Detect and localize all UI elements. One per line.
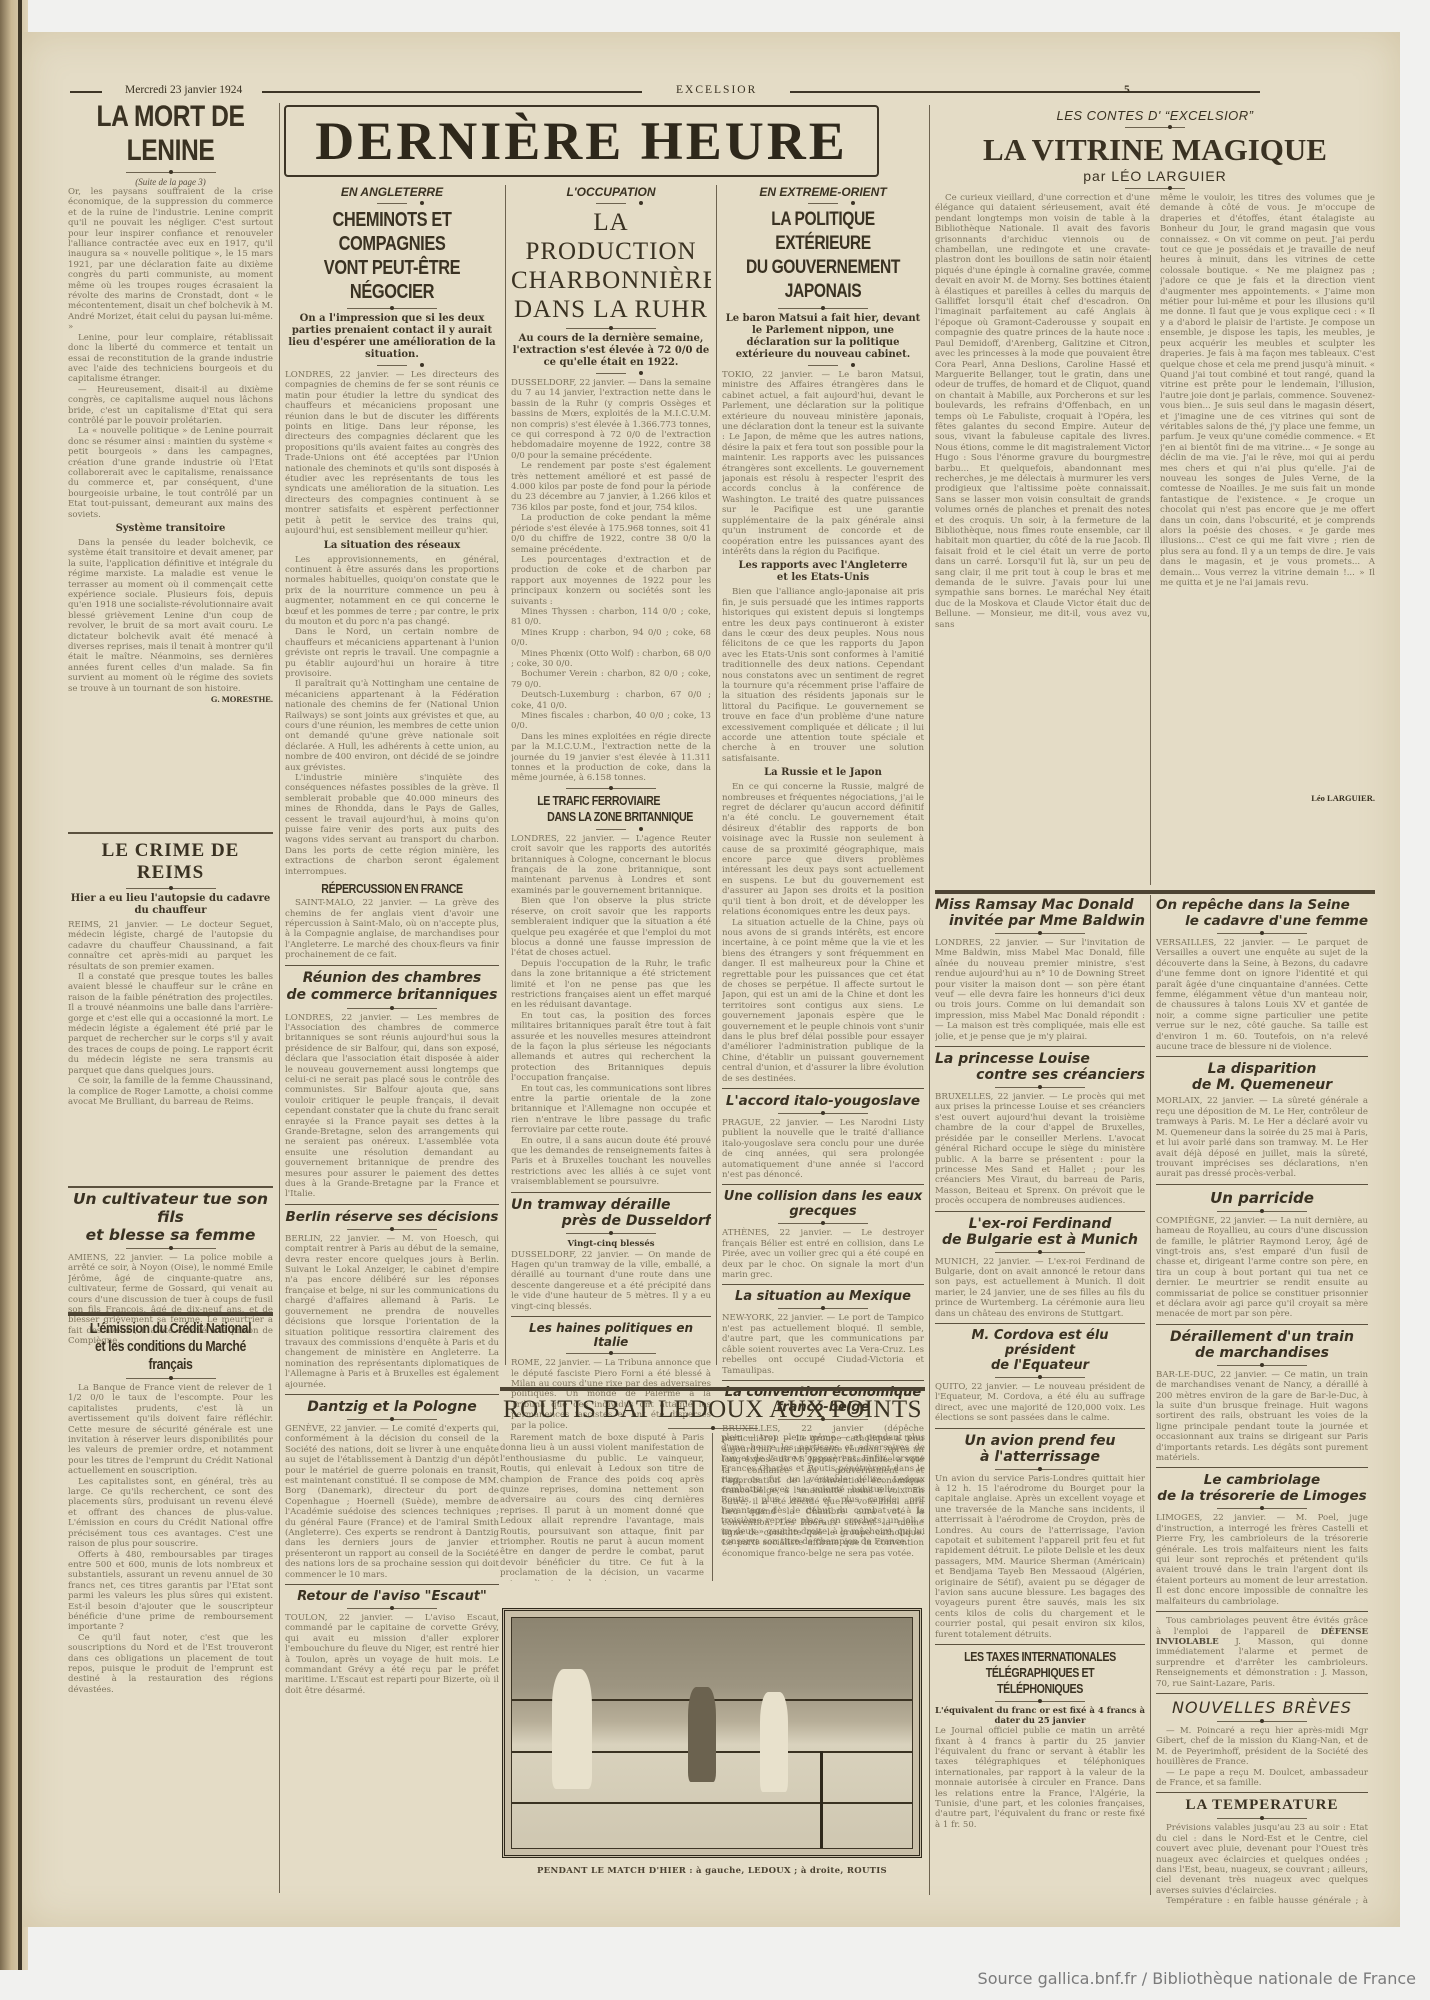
ornament-rule <box>377 365 407 366</box>
chambres-headline: de commerce britanniques <box>285 987 499 1004</box>
article-text: Les pourcentages d'extraction et de prod… <box>511 555 711 607</box>
column-6: Miss Ramsay Mac Donald invitée par Mme B… <box>935 897 1145 1830</box>
ornament-rule <box>347 1229 437 1230</box>
ornament-rule <box>808 203 838 204</box>
limoges-headline: Le cambriolage <box>1156 1472 1368 1488</box>
tramway-headline: Un tramway déraille <box>511 1197 711 1213</box>
ornament-rule <box>126 1378 216 1379</box>
article-text: Offerts à 480, remboursables par tirages… <box>68 1550 273 1633</box>
section-divider <box>935 1644 1145 1645</box>
section-divider <box>68 1312 273 1316</box>
section-divider <box>285 1204 499 1205</box>
mine-stat: Bochumer Verein : charbon, 82 0/0 ; coke… <box>511 669 711 690</box>
quemeneur-headline: de M. Quemeneur <box>1156 1077 1368 1093</box>
source-credit[interactable]: Source gallica.bnf.fr / Bibliothèque nat… <box>978 1969 1416 1988</box>
boxing-photo <box>502 1608 922 1858</box>
story-text-left: Ce curieux vieillard, d'une correction e… <box>935 193 1150 803</box>
ornament-rule <box>668 1428 758 1429</box>
article-text: MUNICH, 22 janvier. — L'ex-roi Ferdinand… <box>935 1257 1145 1319</box>
section-subhead: Les rapports avec l'Angleterre <box>722 560 924 572</box>
cordova-headline: M. Cordova est élu président <box>935 1328 1145 1358</box>
limoges-headline: de la trésorerie de Limoges <box>1156 1488 1368 1504</box>
section-divider <box>1156 1184 1368 1185</box>
mine-stat: Mines fiscales : charbon, 40 0/0 ; coke,… <box>511 711 711 732</box>
article-text: LIMOGES, 22 janvier. — M. Poel, juge d'i… <box>1156 1513 1368 1607</box>
article-text: Température : en faible hausse générale … <box>1156 1896 1368 1905</box>
section-divider <box>1156 1792 1368 1793</box>
reims-headline: LE CRIME DE REIMS <box>68 840 273 884</box>
mexique-headline: La situation au Mexique <box>722 1289 924 1304</box>
ornament-rule <box>1217 933 1307 934</box>
section-divider <box>500 1387 925 1391</box>
credit-headline: et les conditions du Marché français <box>86 1338 254 1374</box>
article-text: Dans les mines exploitées en régie direc… <box>511 732 711 784</box>
section-divider <box>1156 1611 1368 1612</box>
ornament-rule <box>778 1308 868 1309</box>
article-text: Il a constaté que presque toutes les bal… <box>68 972 273 1076</box>
article-text: BRUXELLES, 22 janvier. — Le procès qui m… <box>935 1092 1145 1206</box>
ornament-rule <box>566 788 656 789</box>
folio-rule <box>70 91 102 93</box>
section-divider <box>935 1323 1145 1324</box>
deraillement-headline: de marchandises <box>1156 1345 1368 1361</box>
section-divider <box>1156 1324 1368 1325</box>
section-divider <box>68 832 273 834</box>
article-text: Bien que l'alliance anglo-japonaise ait … <box>722 587 924 764</box>
ornament-rule <box>1217 1508 1307 1509</box>
collision-headline: Une collision dans les eaux <box>722 1189 924 1204</box>
mine-stat: Deutsch-Luxemburg : charbon, 67 0/0 ; co… <box>511 690 711 711</box>
dantzig-headline: Dantzig et la Pologne <box>285 1399 499 1415</box>
ornament-rule <box>995 1377 1085 1378</box>
tramway-headline: près de Dusseldorf <box>511 1213 711 1229</box>
chambres-headline: Réunion des chambres <box>285 970 499 987</box>
series-kicker: LES CONTES D' “EXCELSIOR” <box>935 108 1375 123</box>
escaut-headline: Retour de l'aviso "Escaut" <box>285 1589 499 1604</box>
ornament-rule <box>566 1353 656 1354</box>
article-deck: On a l'impression que si les deux partie… <box>285 313 499 361</box>
taxes-headline: TÉLÉGRAPHIQUES ET TÉLÉPHONIQUES <box>954 1665 1126 1697</box>
article-text: Lenine, pour leur complaire, rétablissai… <box>68 333 273 385</box>
section-divider <box>722 1284 924 1285</box>
section-subhead: La Russie et le Japon <box>722 767 924 779</box>
article-text: BERLIN, 22 janvier. — M. von Hoesch, qui… <box>285 1234 499 1390</box>
article-text: COMPIÈGNE, 22 janvier. — La nuit dernièr… <box>1156 1216 1368 1320</box>
macdonald-headline: invitée par Mme Baldwin <box>935 913 1145 929</box>
ornament-rule <box>1217 1721 1307 1722</box>
section-subhead: La situation des réseaux <box>285 540 499 552</box>
louise-headline: contre ses créanciers <box>935 1067 1145 1083</box>
trafic-headline: LE TRAFIC FERROVIAIRE <box>529 793 693 809</box>
folio-rule <box>790 91 1260 93</box>
collision-headline: grecques <box>722 1204 924 1219</box>
story-text-right: même le vouloir, les titres des volumes … <box>1160 193 1375 803</box>
page-number: 5 <box>1124 84 1130 102</box>
section-divider <box>285 1584 499 1585</box>
parricide-headline: Un parricide <box>1156 1189 1368 1207</box>
boxer-routis <box>760 1692 788 1792</box>
vitrine-magique: LES CONTES D' “EXCELSIOR” LA VITRINE MAG… <box>935 108 1375 803</box>
article-text: Dans le Nord, un certain nombre de chauf… <box>285 627 499 679</box>
folio-rule <box>262 91 642 93</box>
section-kicker: L'OCCUPATION <box>511 185 711 199</box>
cheminots-headline: CHEMINOTS ET COMPAGNIES <box>304 208 479 256</box>
ornament-rule <box>347 308 437 309</box>
article-text: Rarement match de boxe disputé à Paris d… <box>500 1433 704 1581</box>
article-text: Le Journal officiel publie ce matin un a… <box>935 1726 1145 1830</box>
tramway-subhead: Vingt-cinq blessés <box>511 1238 711 1250</box>
section-divider <box>935 890 1375 894</box>
article-text: En tout cas, la position des forces mili… <box>511 1011 711 1084</box>
photo-caption: PENDANT LE MATCH D'HIER : à gauche, LEDO… <box>502 1866 922 1876</box>
section-subhead: RÉPERCUSSION EN FRANCE <box>304 881 479 896</box>
japon-headline: LA POLITIQUE EXTÉRIEURE <box>740 208 906 256</box>
macdonald-headline: Miss Ramsay Mac Donald <box>935 897 1145 913</box>
ornament-rule <box>995 1252 1085 1253</box>
column-1: LA MORT DE LENINE (Suite de la page 3) O… <box>68 100 273 704</box>
article-text: REIMS, 21 janvier. — Le docteur Seguet, … <box>68 920 273 972</box>
section-divider <box>935 1428 1145 1429</box>
article-text: DUSSELDORF, 22 janvier. — On mande de Ha… <box>511 1250 711 1312</box>
section-divider <box>285 1394 499 1395</box>
ornament-rule <box>126 172 216 173</box>
taxes-headline: LES TAXES INTERNATIONALES <box>954 1649 1126 1665</box>
article-signature: G. MORESTHE. <box>68 694 273 704</box>
section-kicker: EN EXTREME-ORIENT <box>722 185 924 199</box>
seine-headline: le cadavre d'une femme <box>1156 913 1368 929</box>
ferdinand-headline: de Bulgarie est à Munich <box>935 1232 1145 1248</box>
article-text: Les approvisionnements, en général, cont… <box>285 555 499 628</box>
ornament-rule <box>347 1419 437 1420</box>
mine-stat: Mines Thyssen : charbon, 114 0/0 ; coke,… <box>511 607 711 628</box>
article-text: Un avion du service Paris-Londres quitta… <box>935 1474 1145 1641</box>
article-text: La situation actuelle de la Chine, pays … <box>722 918 924 1085</box>
article-text: MORLAIX, 22 janvier. — La sûreté général… <box>1156 1096 1368 1179</box>
section-subhead: et les Etats-Unis <box>722 572 924 584</box>
italie-headline: Les haines politiques en Italie <box>511 1321 711 1349</box>
ornament-rule <box>778 1113 868 1114</box>
ornament-rule <box>778 308 868 309</box>
credit-national-article: L'émission du Crédit National et les con… <box>68 1320 273 1695</box>
ruhr-headline: LA PRODUCTION <box>511 208 711 266</box>
advertisement: Tous cambriolages peuvent être évités gr… <box>1156 1616 1368 1689</box>
article-text: NEW-YORK, 22 janvier. — Le port de Tampi… <box>722 1313 924 1375</box>
column-2: EN ANGLETERRE CHEMINOTS ET COMPAGNIES VO… <box>285 185 499 1696</box>
ferdinand-headline: L'ex-roi Ferdinand <box>935 1216 1145 1232</box>
ornament-rule <box>126 1248 216 1249</box>
ornament-rule <box>995 1469 1085 1470</box>
ornament-rule <box>1125 127 1185 128</box>
quemeneur-headline: La disparition <box>1156 1061 1368 1077</box>
section-kicker: EN ANGLETERRE <box>285 185 499 199</box>
routis-article: ROUTIS BAT LEDOUX AUX POINTS Rarement ma… <box>500 1396 925 1581</box>
column-rule <box>1150 895 1151 1895</box>
avion-headline: à l'atterrissage <box>935 1449 1145 1465</box>
ornament-rule <box>566 1233 656 1234</box>
routis-headline: ROUTIS BAT LEDOUX AUX POINTS <box>500 1396 925 1424</box>
article-text: En ce qui concerne la Russie, malgré de … <box>722 782 924 917</box>
column-rule <box>279 103 280 1893</box>
article-text: Il paraîtrait qu'à Nottingham une centai… <box>285 679 499 773</box>
column-rule <box>505 185 506 1365</box>
section-divider <box>722 1088 924 1089</box>
mines-list: Mines Thyssen : charbon, 114 0/0 ; coke,… <box>511 607 711 732</box>
reims-article: LE CRIME DE REIMS Hier a eu lieu l'autop… <box>68 840 273 1107</box>
cordova-headline: de l'Equateur <box>935 1358 1145 1373</box>
article-text: Ce soir, la famille de la femme Chaussin… <box>68 1076 273 1107</box>
ornament-rule <box>347 1608 437 1609</box>
article-text: GENÈVE, 22 janvier. — Le comité d'expert… <box>285 1424 499 1580</box>
accord-headline: L'accord italo-yougoslave <box>722 1093 924 1109</box>
column-rule <box>929 105 930 1895</box>
article-deck: Le baron Matsui a fait hier, devant le P… <box>722 313 924 361</box>
section-divider <box>285 965 499 966</box>
cultivateur-headline: Un cultivateur tue son fils <box>68 1190 273 1226</box>
section-divider <box>1156 1693 1368 1694</box>
article-text: DUSSELDORF, 22 janvier. — Dans la semain… <box>511 378 711 461</box>
ornament-rule <box>347 1008 437 1009</box>
lenine-headline: LA MORT DE LENINE <box>86 100 254 168</box>
article-text: TOULON, 22 janvier. — L'aviso Escaut, co… <box>285 1613 499 1696</box>
berlin-headline: Berlin réserve ses décisions <box>285 1209 499 1225</box>
section-divider <box>511 1192 711 1193</box>
ornament-rule <box>995 933 1085 934</box>
article-text: PRAGUE, 22 janvier. — Les Narodni Listy … <box>722 1118 924 1180</box>
ornament-rule <box>1217 1818 1307 1819</box>
article-text: ATHÈNES, 22 janvier. — Le destroyer fran… <box>722 1228 924 1280</box>
article-text: Ce qu'il faut noter, c'est que les sousc… <box>68 1633 273 1695</box>
section-divider <box>68 1186 273 1188</box>
ornament-rule <box>596 203 626 204</box>
article-text: En tout cas, les communications sont lib… <box>511 1084 711 1136</box>
article-text: L'industrie minière s'inquiète des consé… <box>285 773 499 877</box>
reims-subhead: Hier a eu lieu l'autopsie du cadavre du … <box>68 893 273 917</box>
temperature-headline: LA TEMPERATURE <box>1156 1797 1368 1814</box>
section-divider <box>1156 1467 1368 1468</box>
section-divider <box>722 1184 924 1185</box>
article-text: VERSAILLES, 22 janvier. — Le parquet de … <box>1156 938 1368 1052</box>
article-text: Or, les paysans souffraient de la crise … <box>68 187 273 333</box>
section-divider <box>935 1046 1145 1047</box>
column-4: EN EXTREME-ORIENT LA POLITIQUE EXTÉRIEUR… <box>722 185 924 1559</box>
cheminots-headline: VONT PEUT-ÊTRE NÉGOCIER <box>304 256 479 304</box>
boxer-ledoux <box>688 1687 716 1782</box>
article-text: Prévisions valables jusqu'au 23 au soir … <box>1156 1823 1368 1896</box>
article-text: plein — trop plein même — et pendant plu… <box>721 1433 925 1581</box>
breve-item: — M. Poincaré a reçu hier après-midi Mgr… <box>1156 1726 1368 1768</box>
trafic-headline: DANS LA ZONE BRITANNIQUE <box>529 809 693 825</box>
article-deck: Au cours de la dernière semaine, l'extra… <box>511 333 711 369</box>
ornament-rule <box>995 1701 1085 1702</box>
credit-headline: L'émission du Crédit National <box>86 1320 254 1338</box>
ruhr-headline: DANS LA RUHR <box>511 295 711 324</box>
derniere-heure-banner: DERNIÈRE HEURE <box>284 105 879 177</box>
article-text: La production de coke pendant la même pé… <box>511 513 711 555</box>
section-divider <box>511 1316 711 1317</box>
article-text: Les capitalistes sont, en général, très … <box>68 1477 273 1550</box>
ornament-rule <box>778 1223 868 1224</box>
ornament-rule <box>596 829 626 830</box>
ornament-rule <box>995 1087 1085 1088</box>
article-text: Bien que l'on observe la plus stricte ré… <box>511 896 711 958</box>
ornament-rule <box>1217 1211 1307 1212</box>
cultivateur-headline: et blesse sa femme <box>68 1226 273 1244</box>
article-text: LONDRES, 22 janvier. — Sur l'invitation … <box>935 938 1145 1042</box>
article-text: TOKIO, 22 janvier. — Le baron Matsui, mi… <box>722 370 924 557</box>
article-text: La Banque de France vient de relever de … <box>68 1383 273 1477</box>
article-text: — Heureusement, disait-il au dixième con… <box>68 385 273 427</box>
article-text: Le rendement par poste s'est également t… <box>511 461 711 513</box>
article-text: La « nouvelle politique » de Lenine pour… <box>68 426 273 520</box>
article-text: BAR-LE-DUC, 22 janvier. — Ce matin, un t… <box>1156 1370 1368 1464</box>
article-text: LONDRES, 22 janvier. — L'agence Reuter c… <box>511 834 711 896</box>
article-text: Dans la pensée du leader bolchevik, ce s… <box>68 538 273 694</box>
taxes-subhead: L'équivalent du franc or est fixé à 4 fr… <box>935 1706 1145 1726</box>
byline: par LÉO LARGUIER <box>935 168 1375 184</box>
section-divider <box>722 1380 924 1381</box>
japon-headline: DU GOUVERNEMENT JAPONAIS <box>740 256 906 304</box>
continued-note: (Suite de la page 3) <box>68 177 273 187</box>
ornament-rule <box>808 365 838 366</box>
column-rule <box>712 1433 713 1581</box>
avion-headline: Un avion prend feu <box>935 1433 1145 1449</box>
vitrine-headline: LA VITRINE MAGIQUE <box>935 132 1375 168</box>
mine-stat: Mines Krupp : charbon, 94 0/0 ; coke, 68… <box>511 628 711 649</box>
article-text: Depuis l'occupation de la Ruhr, le trafi… <box>511 959 711 1011</box>
paper-name: EXCELSIOR <box>676 84 757 102</box>
article-text: SAINT-MALO, 22 janvier. — La grève des c… <box>285 898 499 960</box>
breves-list: — M. Poincaré a reçu hier après-midi Mgr… <box>1156 1726 1368 1788</box>
ruhr-headline: CHARBONNIÈRE <box>511 266 711 295</box>
ornament-rule <box>566 328 656 329</box>
article-text: QUITO, 22 janvier. — Le nouveau présiden… <box>935 1382 1145 1424</box>
deraillement-headline: Déraillement d'un train <box>1156 1329 1368 1345</box>
column-7: On repêche dans la Seine le cadavre d'un… <box>1156 897 1368 1905</box>
section-divider <box>1156 1056 1368 1057</box>
section-divider <box>935 1211 1145 1212</box>
seine-headline: On repêche dans la Seine <box>1156 897 1368 913</box>
ornament-rule <box>596 373 626 374</box>
ring-rope <box>512 1802 912 1804</box>
ring-post <box>820 1751 823 1848</box>
ornament-rule <box>126 888 216 889</box>
folio-rule <box>1140 91 1158 93</box>
column-rule <box>716 185 717 1365</box>
referee-figure <box>552 1669 592 1789</box>
ornament-rule <box>1125 188 1185 189</box>
column-3: L'OCCUPATION LA PRODUCTION CHARBONNIÈRE … <box>511 185 711 1431</box>
ornament-rule <box>1217 1365 1307 1366</box>
breve-item: — Le pape a reçu M. Doulcet, ambassadeur… <box>1156 1768 1368 1789</box>
article-text: LONDRES, 22 janvier. — Les directeurs de… <box>285 370 499 537</box>
article-text: LONDRES, 22 janvier. — Les membres de l'… <box>285 1013 499 1200</box>
breves-headline: NOUVELLES BRÈVES <box>1156 1698 1368 1717</box>
louise-headline: La princesse Louise <box>935 1051 1145 1067</box>
ornament-rule <box>377 203 407 204</box>
mine-stat: Mines Phœnix (Otto Wolf) : charbon, 68 0… <box>511 649 711 670</box>
section-subhead: Système transitoire <box>68 523 273 535</box>
article-text: En outre, il a sans aucun doute été prou… <box>511 1136 711 1188</box>
